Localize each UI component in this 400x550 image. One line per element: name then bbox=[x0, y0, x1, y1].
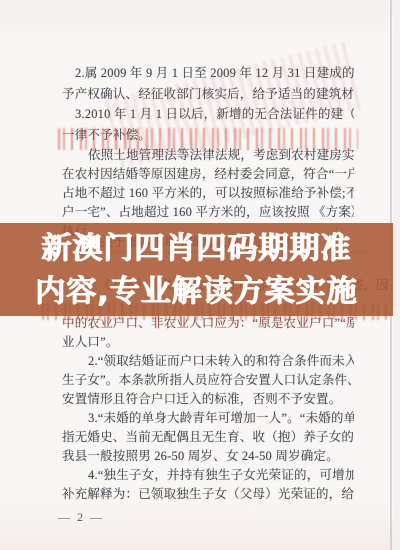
document-line: 生子女”。本条款所指人员应符合安置人口认定条件、无不予 bbox=[62, 371, 354, 390]
page-number: — 2 — bbox=[58, 510, 104, 525]
document-line: 3.“未婚的单身大龄青年可增加一人”。“未婚的单身”是 bbox=[62, 409, 354, 428]
photo-right-margin bbox=[393, 0, 400, 550]
document-line: 2.“领取结婚证而户口未转入的和符合条件而未入户的新 bbox=[62, 352, 354, 371]
photo-top-shading bbox=[0, 0, 393, 40]
document-line: 业人口”。 bbox=[62, 333, 354, 352]
overlay-banner-line1: 新澳门四肖四码期期准 bbox=[42, 227, 352, 270]
overlay-banner-line2: 内容,专业解读方案实施 bbox=[35, 270, 357, 313]
paragraph-population-recognition: 中的农业户口、非农业人口应为：“原是农业户口”“原是非农 业人口”。 2.“领取… bbox=[62, 314, 354, 504]
document-line: 补充解释为：已领取独生子女（父母）光荣证的，给已领取独 bbox=[62, 485, 354, 504]
red-watermark-band bbox=[58, 128, 358, 150]
document-line: 占地不超过 160 平方米的，可以按照标准给予补偿;不符合“一 bbox=[62, 184, 354, 203]
document-line: 户一宅”、占地超过 160 平方米的，应该按照 《方案》 规定 bbox=[62, 203, 354, 222]
document-line: 在农村因结婚等原因建房，经村委会同意，符合“一户一宅”、 bbox=[62, 165, 354, 184]
overlay-banner: 新澳门四肖四码期期准 内容,专业解读方案实施 bbox=[0, 223, 393, 316]
document-line: 我县一般按照男 26-50 周岁、女 24-50 周岁确定。 bbox=[62, 447, 354, 466]
document-line: 4.“独生子女，并持有独生子女光荣证的，可增加一人” bbox=[62, 466, 354, 485]
document-photo: 2.属 2009 年 9 月 1 日至 2009 年 12 月 31 日建成的房… bbox=[0, 0, 400, 550]
document-line: 指无婚史、当前无配偶且无生育、收（抱）养子女的；“大龄青年” bbox=[62, 428, 354, 447]
document-line: 安置情形且符合户口迁入的标准，否则不予安置。 bbox=[62, 390, 354, 409]
